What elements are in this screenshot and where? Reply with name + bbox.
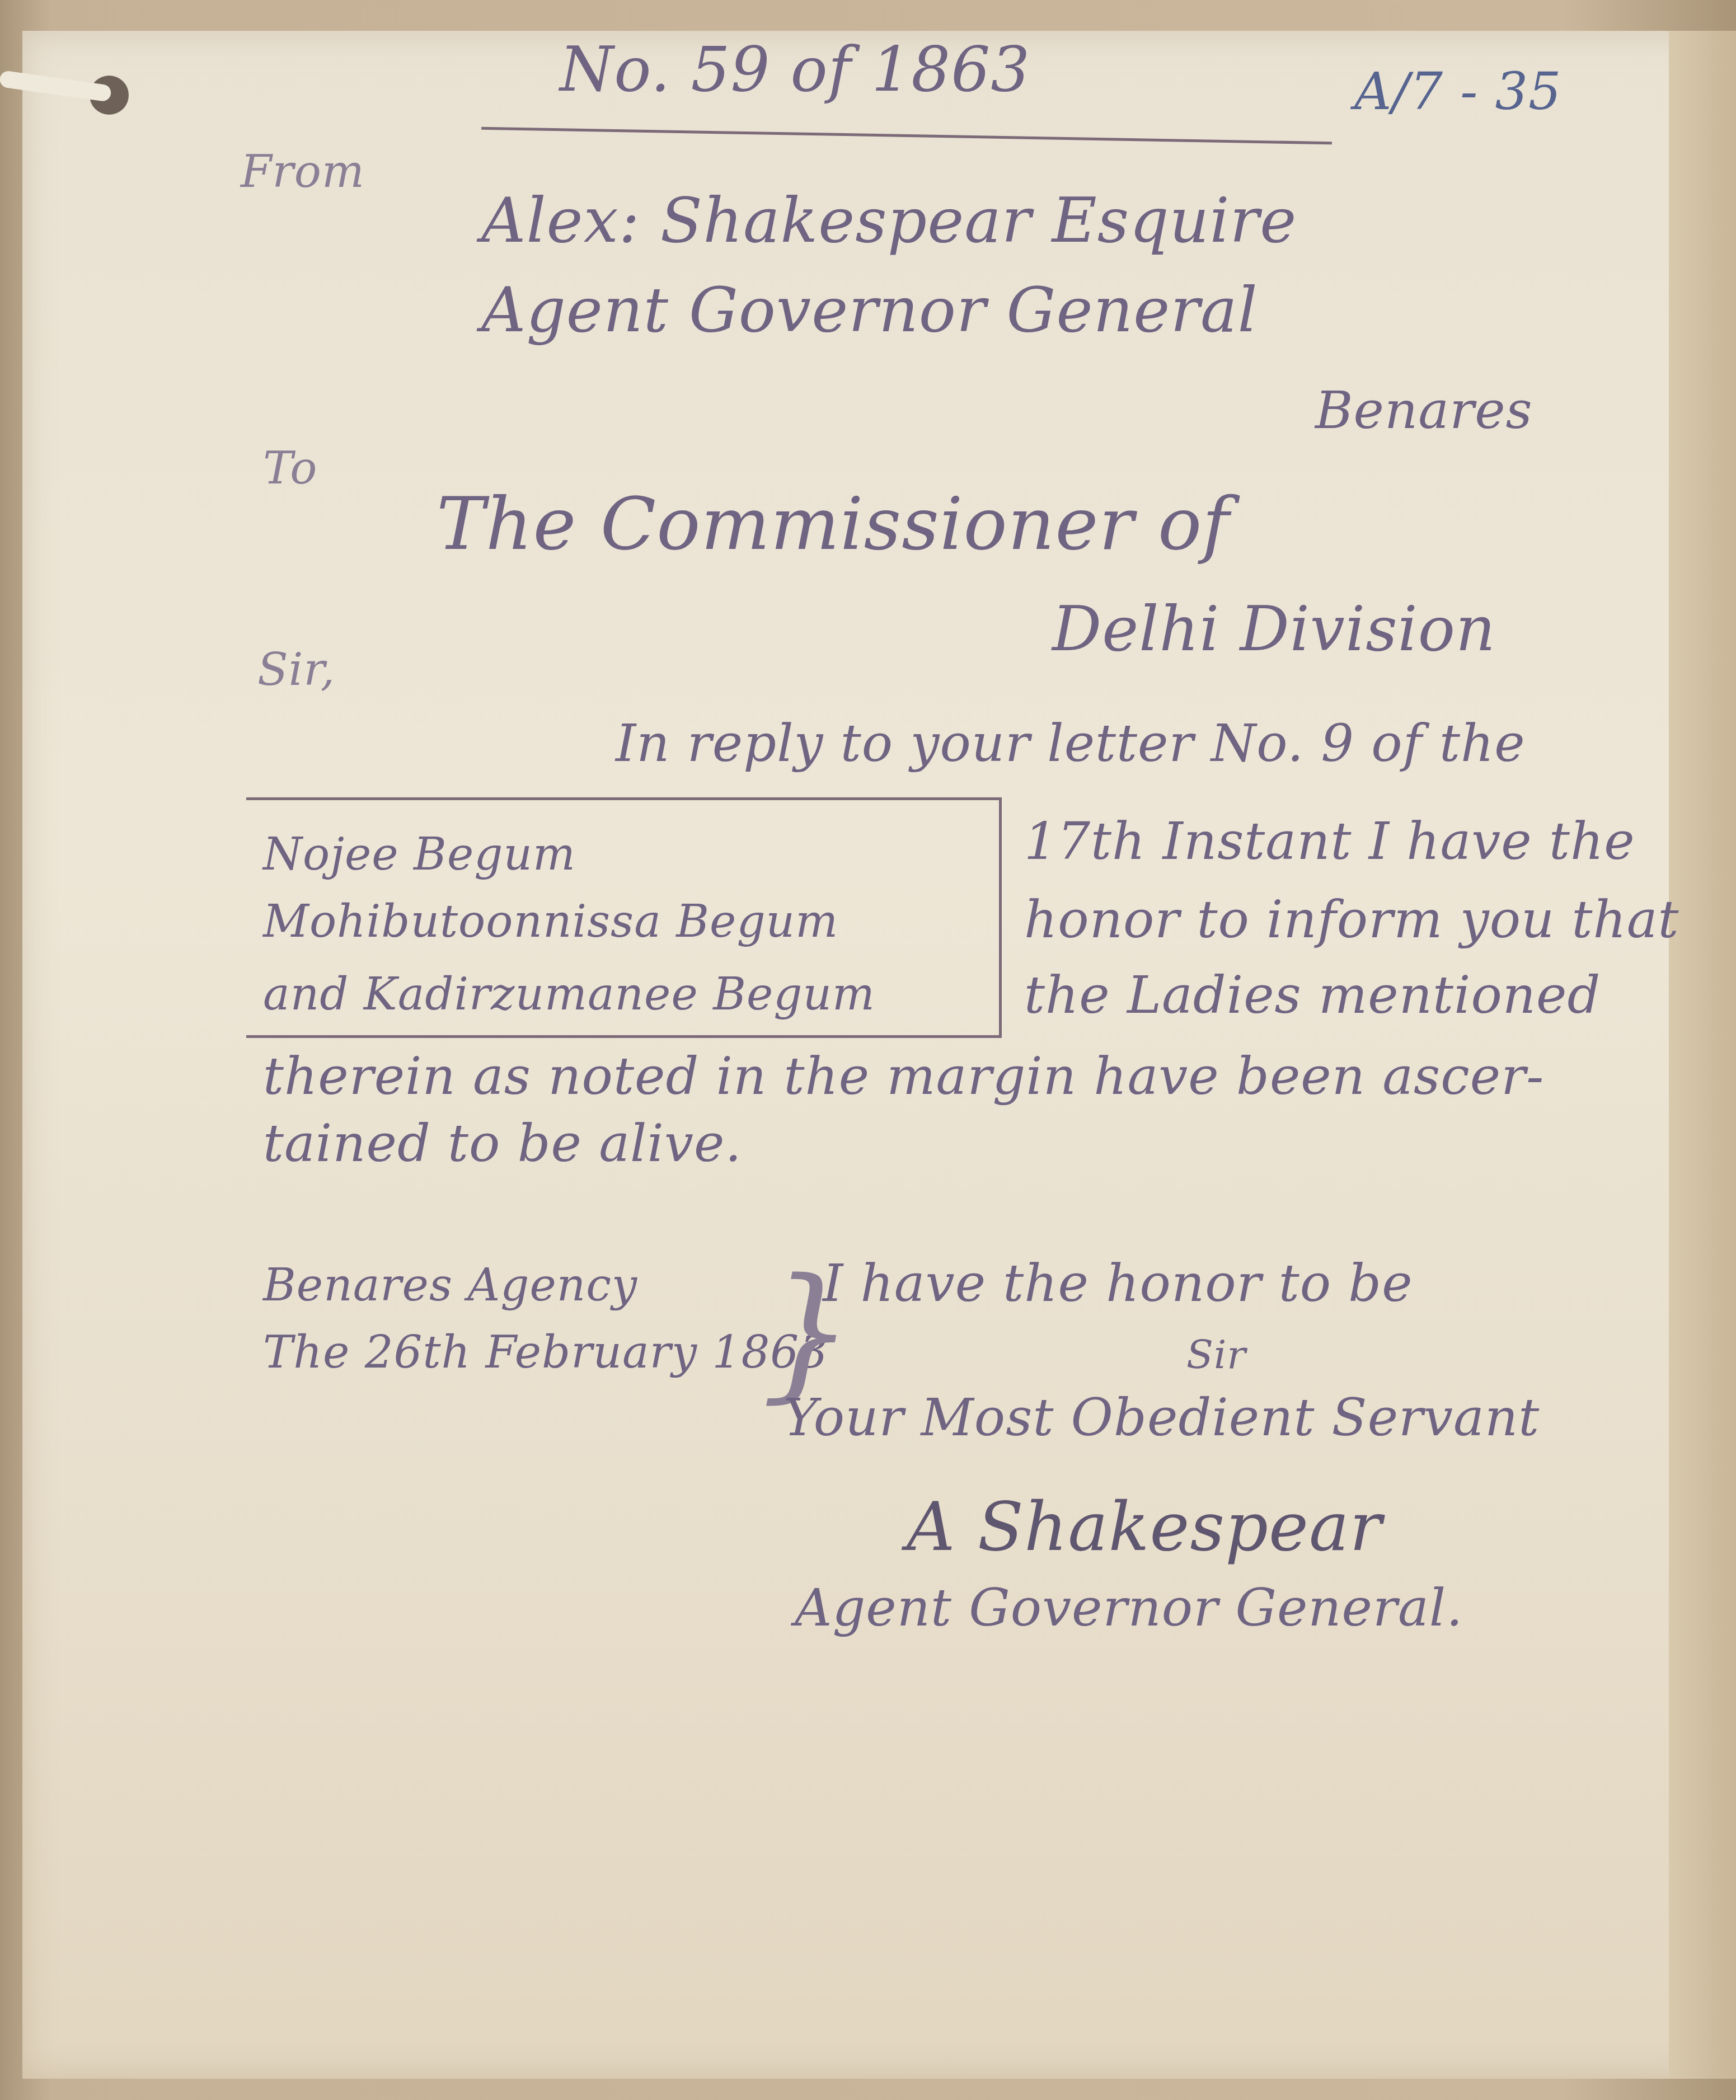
place-line: Benares Agency xyxy=(263,1259,637,1311)
body-line-2: 17th Instant I have the xyxy=(1024,811,1635,871)
closing-line-3: Your Most Obedient Servant xyxy=(783,1388,1540,1448)
closing-line-1: I have the honor to be xyxy=(823,1253,1413,1313)
closing-line-2: Sir xyxy=(1186,1332,1246,1378)
from-label: From xyxy=(241,145,365,198)
margin-note-line-3: and Kadirzumanee Begum xyxy=(263,968,875,1020)
body-line-3: honor to inform you that xyxy=(1024,890,1679,950)
recipient-line-2: Delhi Division xyxy=(1052,593,1496,665)
recipient-line-1: The Commissioner of xyxy=(437,481,1230,566)
sender-place: Benares xyxy=(1315,380,1533,440)
signature-title: Agent Governor General. xyxy=(795,1578,1463,1638)
to-label: To xyxy=(263,442,317,494)
mount-edge xyxy=(1669,31,1736,2079)
signature: A Shakespear xyxy=(907,1488,1382,1566)
sender-title: Agent Governor General xyxy=(481,274,1258,346)
archive-annotation: A/7 - 35 xyxy=(1354,62,1562,121)
salutation: Sir, xyxy=(257,643,335,696)
body-line-5: therein as noted in the margin have been… xyxy=(263,1046,1544,1106)
body-line-6: tained to be alive. xyxy=(263,1114,742,1173)
date-line: The 26th February 1863 xyxy=(263,1326,828,1378)
sender-name: Alex: Shakespear Esquire xyxy=(481,185,1297,256)
body-line-4: the Ladies mentioned xyxy=(1024,965,1601,1025)
margin-note-line-2: Mohibutoonnissa Begum xyxy=(263,895,838,947)
body-line-1: In reply to your letter No. 9 of the xyxy=(616,713,1526,773)
margin-note-line-1: Nojee Begum xyxy=(263,828,576,880)
reference-number: No. 59 of 1863 xyxy=(560,34,1030,105)
